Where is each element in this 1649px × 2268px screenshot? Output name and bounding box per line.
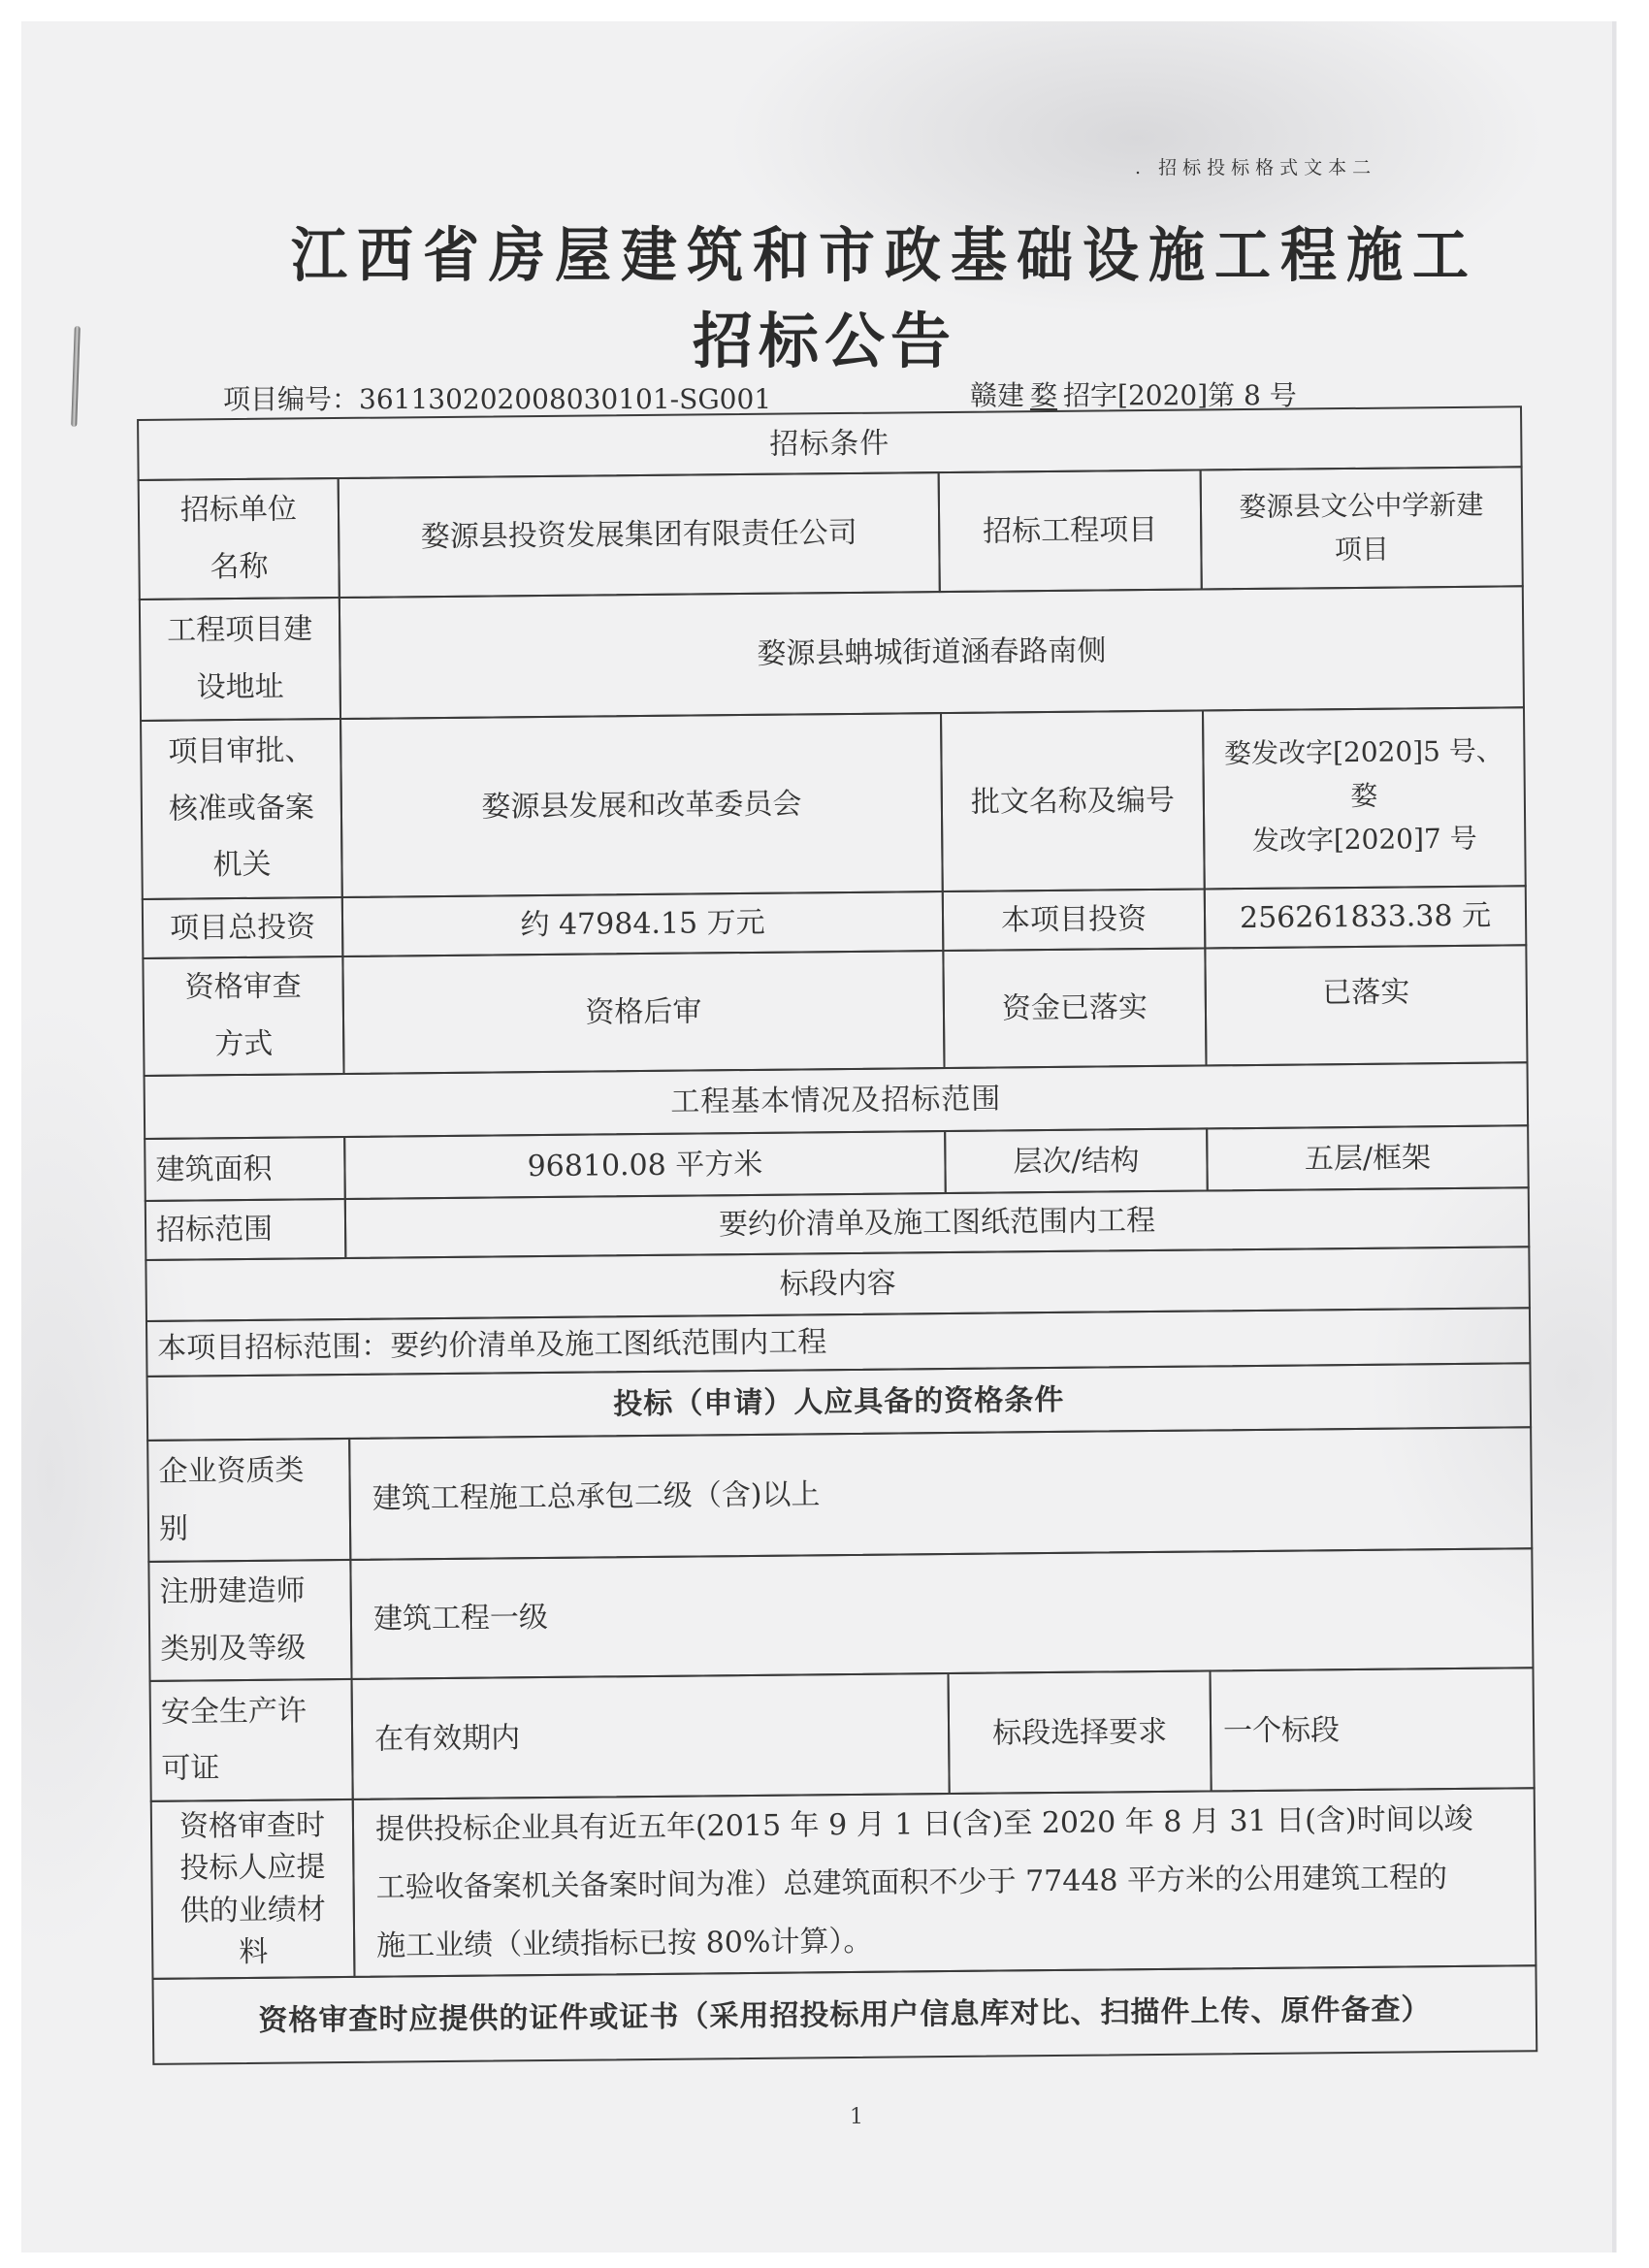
page-edge	[1612, 21, 1616, 2252]
building-area-label: 建筑面积	[144, 1136, 346, 1202]
safety-license-value: 在有效期内	[351, 1672, 951, 1800]
building-area-value: 96810.08 平方米	[343, 1130, 947, 1200]
approval-authority-value: 婺源县发展和改革委员会	[339, 712, 944, 898]
total-investment-value: 约 47984.15 万元	[341, 891, 945, 957]
tender-project-label: 招标工程项目	[938, 469, 1203, 593]
approval-authority-label: 项目审批、核准或备案机关	[140, 718, 343, 900]
address-value: 婺源县蚺城街道涵春路南侧	[339, 585, 1525, 720]
performance-materials-label: 资格审查时投标人应提供的业绩材料	[150, 1798, 356, 1980]
form-type-label: . 招标投标格式文本二	[1135, 153, 1376, 179]
safety-license-label: 安全生产许可证	[149, 1678, 354, 1802]
enterprise-qualification-label: 企业资质类别	[146, 1438, 351, 1563]
tender-project-value: 婺源县文公中学新建项目	[1200, 466, 1524, 590]
document-title: 江西省房屋建筑和市政基础设施工程施工	[291, 208, 1358, 293]
qualification-review-value: 资格后审	[341, 950, 945, 1075]
document-subtitle: 招标公告	[582, 293, 1067, 379]
bid-scope-label: 招标范围	[145, 1198, 347, 1261]
funding-value: 已落实	[1204, 944, 1528, 1066]
project-number-label: 项目编号：	[223, 383, 359, 415]
structure-value: 五层/框架	[1206, 1124, 1530, 1191]
enterprise-qualification-value: 建筑工程施工总承包二级（含)以上	[348, 1426, 1533, 1561]
doc-number-suffix: 招字[2020]第 8 号	[1063, 379, 1297, 411]
qualification-review-label: 资格审查方式	[142, 956, 344, 1077]
project-number-value: 361130202008030101-SG001	[359, 383, 771, 415]
project-investment-value: 256261833.38 元	[1204, 885, 1528, 949]
lot-selection-value: 一个标段	[1209, 1667, 1535, 1792]
structure-label: 层次/结构	[944, 1127, 1209, 1194]
doc-number-prefix: 赣建	[970, 379, 1024, 411]
lot-selection-label: 标段选择要求	[947, 1669, 1212, 1795]
registered-constructor-label: 注册建造师类别及等级	[147, 1559, 352, 1682]
approval-document-label: 批文名称及编号	[940, 709, 1206, 892]
address-label: 工程项目建设地址	[139, 597, 341, 722]
total-investment-label: 项目总投资	[142, 896, 344, 959]
approval-document-value: 婺发改字[2020]5 号、婺发改字[2020]7 号	[1202, 706, 1527, 890]
doc-number-county: 婺	[1024, 379, 1063, 411]
registered-constructor-value: 建筑工程一级	[349, 1547, 1534, 1680]
tenderer-label: 招标单位名称	[138, 477, 340, 600]
performance-materials-value: 提供投标企业具有近五年(2015 年 9 月 1 日(含)至 2020 年 8 …	[352, 1787, 1537, 1978]
tenderer-value: 婺源县投资发展集团有限责任公司	[338, 471, 941, 599]
project-number: 项目编号：361130202008030101-SG001	[223, 378, 771, 417]
funding-label: 资金已落实	[942, 947, 1207, 1069]
required-certificates-row: 资格审查时应提供的证件或证书（采用招投标用户信息库对比、扫描件上传、原件备查）	[151, 1964, 1537, 2065]
project-investment-label: 本项目投资	[942, 888, 1207, 952]
page-number: 1	[850, 2105, 863, 2129]
tender-notice-table: 招标条件 招标单位名称 婺源县投资发展集团有限责任公司 招标工程项目 婺源县文公…	[137, 405, 1541, 2068]
